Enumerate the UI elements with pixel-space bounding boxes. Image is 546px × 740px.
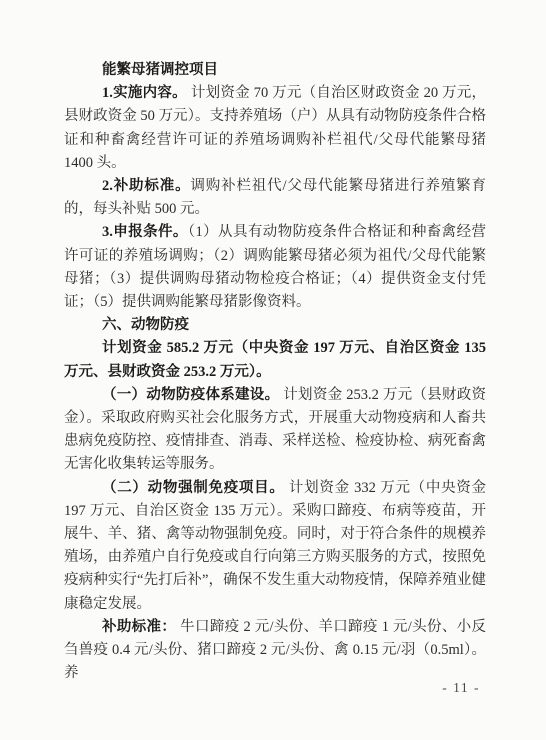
page-number: - 11 -: [442, 680, 480, 696]
document-page: 能繁母猪调控项目 1.实施内容。 计划资金 70 万元（自治区财政资金 20 万…: [0, 0, 546, 740]
paragraph-implementation-content: 1.实施内容。 计划资金 70 万元（自治区财政资金 20 万元，县财政资金 5…: [64, 82, 486, 175]
paragraph-sow-project-heading: 能繁母猪调控项目: [64, 59, 486, 82]
paragraph-lead: 2.补助标准。: [102, 178, 190, 194]
paragraph-section-six-heading: 六、动物防疫: [64, 314, 486, 337]
heading-animal-epidemic-prevention: 六、动物防疫: [102, 317, 189, 333]
paragraph-lead: 1.实施内容。: [102, 85, 187, 101]
paragraph-lead: （二）动物强制免疫项目。: [102, 480, 285, 496]
document-text-block: 能繁母猪调控项目 1.实施内容。 计划资金 70 万元（自治区财政资金 20 万…: [64, 59, 486, 685]
paragraph-immunization-subsidy: 补助标准： 牛口蹄疫 2 元/头份、羊口蹄疫 1 元/头份、小反刍兽疫 0.4 …: [64, 616, 486, 686]
paragraph-prevention-system: （一）动物防疫体系建设。 计划资金 253.2 万元（县财政资金）。采取政府购买…: [64, 384, 486, 477]
paragraph-application-conditions: 3.申报条件。（1）从具有动物防疫条件合格证和种畜禽经营许可证的养殖场调购；（2…: [64, 221, 486, 314]
paragraph-compulsory-immunization: （二）动物强制免疫项目。 计划资金 332 万元（中央资金 197 万元、自治区…: [64, 477, 486, 616]
budget-summary-text: 计划资金 585.2 万元（中央资金 197 万元、自治区资金 135 万元、县…: [64, 340, 486, 379]
paragraph-lead: 补助标准：: [102, 619, 176, 635]
paragraph-body: 计划资金 332 万元（中央资金 197 万元、自治区资金 135 万元）。采购…: [64, 480, 486, 612]
paragraph-subsidy-standard: 2.补助标准。调购补栏祖代/父母代能繁母猪进行养殖繁育的，每头补贴 500 元。: [64, 175, 486, 221]
paragraph-budget-summary: 计划资金 585.2 万元（中央资金 197 万元、自治区资金 135 万元、县…: [64, 337, 486, 383]
paragraph-lead: （一）动物防疫体系建设。: [102, 387, 279, 403]
paragraph-lead: 3.申报条件。: [102, 224, 188, 240]
heading-sow-project: 能繁母猪调控项目: [102, 62, 218, 78]
